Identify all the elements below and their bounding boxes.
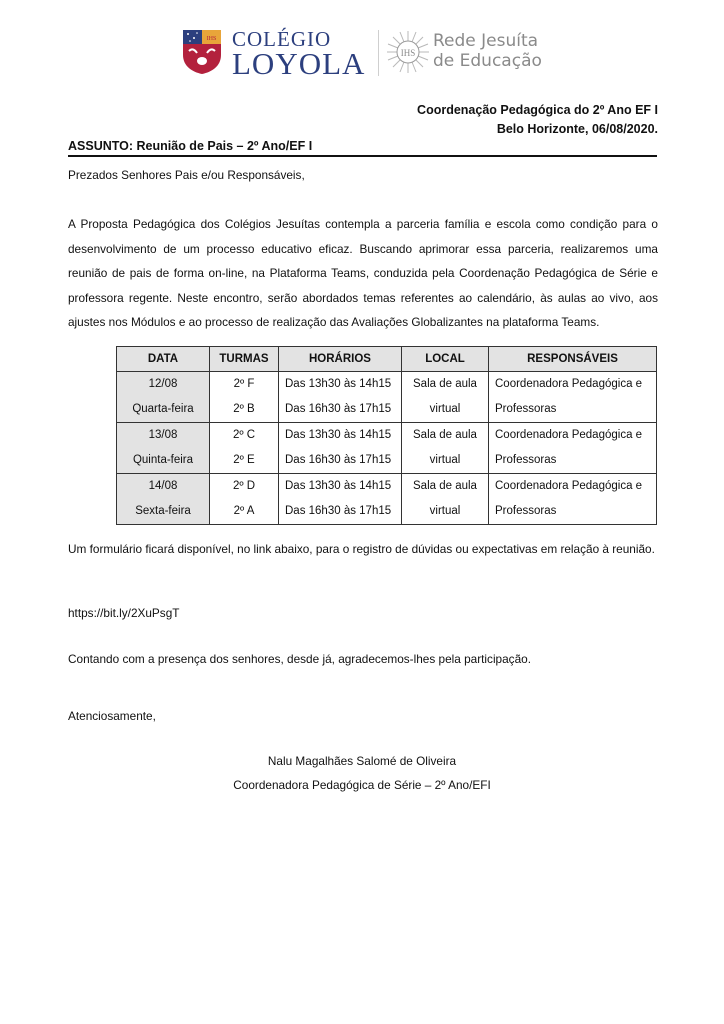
- table-row: 12/08Quarta-feira 2º F2º B Das 13h30 às …: [117, 372, 657, 423]
- date-cell: 14/08Sexta-feira: [117, 474, 210, 525]
- header-turmas: TURMAS: [210, 347, 279, 372]
- svg-text:IHS: IHS: [207, 36, 217, 42]
- schedule-table: DATA TURMAS HORÁRIOS LOCAL RESPONSÁVEIS …: [116, 346, 657, 525]
- local: virtual: [408, 397, 482, 422]
- local: virtual: [408, 448, 482, 473]
- date: 13/08: [123, 423, 203, 448]
- logo-network-line1: Rede Jesuíta: [433, 31, 542, 51]
- time: Das 16h30 às 17h15: [285, 397, 395, 422]
- local: Sala de aula: [408, 423, 482, 448]
- turmas-cell: 2º D2º A: [210, 474, 279, 525]
- logo-divider: [378, 30, 379, 76]
- turmas-cell: 2º F2º B: [210, 372, 279, 423]
- time: Das 13h30 às 14h15: [285, 423, 395, 448]
- form-link[interactable]: https://bit.ly/2XuPsgT: [68, 601, 179, 625]
- responsible-cell: Coordenadora Pedagógica eProfessoras: [489, 474, 657, 525]
- local: Sala de aula: [408, 372, 482, 397]
- table-header-row: DATA TURMAS HORÁRIOS LOCAL RESPONSÁVEIS: [117, 347, 657, 372]
- times-cell: Das 13h30 às 14h15Das 16h30 às 17h15: [279, 423, 402, 474]
- time: Das 16h30 às 17h15: [285, 448, 395, 473]
- header-horarios: HORÁRIOS: [279, 347, 402, 372]
- date: 12/08: [123, 372, 203, 397]
- letter-header: Coordenação Pedagógica do 2º Ano EF I Be…: [417, 101, 658, 139]
- school-shield-logo-icon: IHS: [182, 29, 222, 75]
- subject-line: ASSUNTO: Reunião de Pais – 2º Ano/EF I: [68, 139, 312, 153]
- signature-role: Coordenadora Pedagógica de Série – 2º An…: [0, 773, 724, 797]
- greeting: Prezados Senhores Pais e/ou Responsáveis…: [68, 163, 305, 188]
- turma: 2º B: [216, 397, 272, 422]
- local: Sala de aula: [408, 474, 482, 499]
- turma: 2º F: [216, 372, 272, 397]
- time: Das 13h30 às 14h15: [285, 372, 395, 397]
- body-paragraph: A Proposta Pedagógica dos Colégios Jesuí…: [68, 212, 658, 335]
- header-responsaveis: RESPONSÁVEIS: [489, 347, 657, 372]
- time: Das 13h30 às 14h15: [285, 474, 395, 499]
- header-local: LOCAL: [402, 347, 489, 372]
- coordination-title: Coordenação Pedagógica do 2º Ano EF I: [417, 101, 658, 120]
- turma: 2º A: [216, 499, 272, 524]
- date: 14/08: [123, 474, 203, 499]
- svg-text:IHS: IHS: [401, 48, 416, 58]
- responsible-cell: Coordenadora Pedagógica eProfessoras: [489, 372, 657, 423]
- turmas-cell: 2º C2º E: [210, 423, 279, 474]
- logo-network-name: Rede Jesuíta de Educação: [433, 31, 542, 71]
- turma: 2º E: [216, 448, 272, 473]
- subject-divider: [68, 155, 657, 157]
- signature-block: Nalu Magalhães Salomé de Oliveira Coorde…: [0, 749, 724, 797]
- date-cell: 12/08Quarta-feira: [117, 372, 210, 423]
- responsible: Professoras: [495, 499, 650, 524]
- place-date: Belo Horizonte, 06/08/2020.: [417, 120, 658, 139]
- thanks-text: Contando com a presença dos senhores, de…: [68, 647, 531, 672]
- weekday: Sexta-feira: [123, 499, 203, 524]
- local-cell: Sala de aulavirtual: [402, 474, 489, 525]
- turma: 2º D: [216, 474, 272, 499]
- time: Das 16h30 às 17h15: [285, 499, 395, 524]
- turma: 2º C: [216, 423, 272, 448]
- logo-school-line2: LOYOLA: [232, 46, 365, 82]
- date-cell: 13/08Quinta-feira: [117, 423, 210, 474]
- jesuit-sun-logo-icon: IHS: [386, 30, 430, 74]
- form-notice: Um formulário ficará disponível, no link…: [68, 537, 658, 562]
- signature-name: Nalu Magalhães Salomé de Oliveira: [0, 749, 724, 773]
- responsible: Coordenadora Pedagógica e: [495, 474, 650, 499]
- responsible: Professoras: [495, 448, 650, 473]
- times-cell: Das 13h30 às 14h15Das 16h30 às 17h15: [279, 474, 402, 525]
- local-cell: Sala de aulavirtual: [402, 372, 489, 423]
- table-row: 13/08Quinta-feira 2º C2º E Das 13h30 às …: [117, 423, 657, 474]
- weekday: Quarta-feira: [123, 397, 203, 422]
- times-cell: Das 13h30 às 14h15Das 16h30 às 17h15: [279, 372, 402, 423]
- closing-text: Atenciosamente,: [68, 704, 156, 729]
- weekday: Quinta-feira: [123, 448, 203, 473]
- local: virtual: [408, 499, 482, 524]
- responsible: Coordenadora Pedagógica e: [495, 372, 650, 397]
- responsible: Professoras: [495, 397, 650, 422]
- logo-network-line2: de Educação: [433, 51, 542, 71]
- responsible: Coordenadora Pedagógica e: [495, 423, 650, 448]
- responsible-cell: Coordenadora Pedagógica eProfessoras: [489, 423, 657, 474]
- header-data: DATA: [117, 347, 210, 372]
- table-row: 14/08Sexta-feira 2º D2º A Das 13h30 às 1…: [117, 474, 657, 525]
- local-cell: Sala de aulavirtual: [402, 423, 489, 474]
